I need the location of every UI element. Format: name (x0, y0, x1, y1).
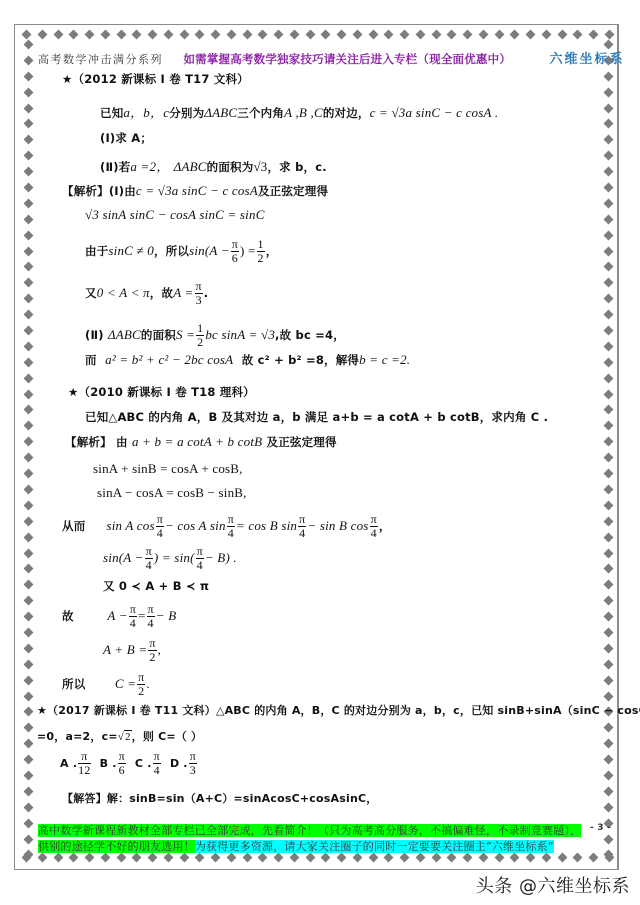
math: sin(A − (103, 550, 144, 565)
text: =0，a=2，c= (37, 730, 118, 743)
math: √3 (253, 159, 267, 174)
fraction: π6 (118, 750, 126, 777)
denominator: 6 (231, 252, 239, 265)
math: = cos B sin (236, 518, 297, 533)
problem2-solution-line2: sinA + sinB = cosA + cosB, (93, 461, 243, 477)
option-d: D .π3 (170, 757, 198, 770)
fraction: 12 (196, 322, 204, 349)
text: (Ⅱ)若 (100, 160, 130, 174)
numerator: π (148, 637, 156, 651)
denominator: 4 (370, 527, 378, 540)
problem1-solution-line1: 【解析】(Ⅰ)由c = √3a sinC − c cosA及正弦定理得 (62, 183, 328, 199)
numerator: π (147, 603, 155, 617)
footer-line1: 高中数学新课程新教材全部专栏已全部完成，先看简介！（只为高考高分服务，不搞偏难怪… (38, 822, 581, 838)
denominator: 2 (196, 336, 204, 349)
math: b = c =2. (359, 352, 410, 367)
option-label: B . (100, 757, 117, 770)
problem2-solution-line9: 所以 C =π2. (62, 671, 150, 698)
radicand: 2 (124, 730, 132, 743)
option-label: C . (135, 757, 152, 770)
problem3-line1: ★（2017 新课标 I 卷 T11 文科）△ABC 的内角 A，B，C 的对边… (37, 702, 640, 718)
problem2-statement: 已知△ABC 的内角 A，B 及其对边 a，b 满足 a+b = a cotA … (85, 409, 548, 425)
text: 的面积 (141, 328, 176, 342)
denominator: 4 (147, 617, 155, 630)
denominator: 6 (118, 764, 126, 777)
text: 从而 (62, 519, 85, 533)
text: 又 (85, 286, 97, 300)
problem1-solution-line4: 又0 < A < π，故A =π3. (85, 280, 208, 307)
denominator: 2 (148, 651, 156, 664)
denominator: 4 (145, 559, 153, 572)
fraction: π2 (148, 637, 156, 664)
numerator: π (78, 750, 90, 764)
numerator: π (227, 513, 235, 527)
text: 所以 (62, 677, 85, 691)
numerator: π (195, 280, 203, 294)
option-c: C .π4 (135, 757, 162, 770)
problem2-solution-line1: 【解析】 由 a + b = a cotA + b cotB 及正弦定理得 (65, 434, 337, 450)
math-equation: c = √3a sinC − c cosA . (370, 105, 499, 120)
footer-follow-text[interactable]: 为获得更多资源，请大家关注圈子的同时一定要要关注圈主“六维坐标系” (195, 840, 554, 853)
text: △ABC 的内角 A，B，C 的对边分别为 a，b，c，已知 sinB+sinA… (216, 704, 640, 717)
math: sinC ≠ 0 (108, 243, 154, 258)
math-vars: a，b，c (123, 105, 169, 120)
problem2-solution-line4: 从而 sin A cosπ4− cos A sinπ4= cos B sinπ4… (62, 513, 391, 540)
text: 而 (85, 353, 97, 367)
option-a: A .π12 (60, 757, 92, 770)
numerator: 1 (196, 322, 204, 336)
fraction: π4 (153, 750, 161, 777)
numerator: 1 (257, 238, 265, 252)
text: ，求 b，c. (267, 160, 326, 174)
fraction: π4 (145, 545, 153, 572)
sqrt: √2 (118, 730, 132, 743)
problem1-solution-line5: (Ⅱ) ΔABC的面积S =12bc sinA = √3,故 bc =4， (85, 322, 345, 349)
math: − B) . (205, 550, 237, 565)
problem1-solution-line3: 由于sinC ≠ 0，所以sin(A −π6) =12， (85, 238, 277, 265)
fraction: π3 (195, 280, 203, 307)
text: ， (379, 519, 391, 533)
fraction: π2 (137, 671, 145, 698)
math: c = √3a sinC − c cosA (136, 183, 258, 198)
fraction: π6 (231, 238, 239, 265)
option-b: B .π6 (100, 757, 127, 770)
math-angles: A ,B ,C (284, 105, 323, 120)
text: 及正弦定理得 (258, 184, 328, 198)
numerator: π (370, 513, 378, 527)
numerator: π (129, 603, 137, 617)
solution-label: 【解析】 (65, 435, 112, 449)
text: 已知 (100, 106, 123, 120)
fraction: π4 (370, 513, 378, 540)
header-brand: 六维坐标系 (549, 52, 624, 67)
problem3-line2: =0，a=2，c=√2，则 C=（ ） (37, 728, 202, 744)
math: A − (107, 608, 127, 623)
fraction: π4 (129, 603, 137, 630)
math: − B (156, 608, 177, 623)
option-label: A . (60, 757, 77, 770)
text: ，则 C=（ ） (132, 730, 203, 743)
math: − sin B cos (307, 518, 368, 533)
problem2-solution-line3: sinA − cosA = cosB − sinB, (97, 485, 247, 501)
math: . (146, 676, 149, 691)
problem2-solution-line7: 故 A −π4=π4− B (62, 603, 176, 630)
footer-recommend-text: 供别的途径学不好的朋友选用！ (38, 840, 195, 853)
math: ΔABC (108, 327, 141, 342)
text: ,故 bc =4， (275, 328, 345, 342)
text: 分别为 (169, 106, 204, 120)
math: ) = sin( (154, 550, 195, 565)
denominator: 4 (196, 559, 204, 572)
math: , (158, 642, 161, 657)
numerator: π (298, 513, 306, 527)
solution-label: 【解析】 (62, 184, 109, 198)
problem1-part2: (Ⅱ)若a =2， ΔABC的面积为√3，求 b，c. (100, 156, 327, 175)
text: 由于 (85, 244, 108, 258)
text: 解：sinB=sin（A+C）=sinAcosC+cosAsinC， (107, 792, 378, 805)
numerator: π (153, 750, 161, 764)
math: a² = b² + c² − 2bc cosA (105, 352, 233, 367)
fraction: π3 (189, 750, 197, 777)
footer-line2: 供别的途径学不好的朋友选用！为获得更多资源，请大家关注圈子的同时一定要要关注圈主… (38, 838, 554, 854)
math-triangle: ΔABC (174, 159, 207, 174)
math: ) = (240, 243, 256, 258)
text: 三个内角 (237, 106, 284, 120)
denominator: 3 (189, 764, 197, 777)
denominator: 4 (298, 527, 306, 540)
problem3-title: ★（2017 新课标 I 卷 T11 文科） (37, 704, 216, 717)
math: = (138, 608, 146, 623)
fraction: π4 (298, 513, 306, 540)
text: (Ⅱ) (85, 328, 104, 342)
math-triangle: ΔABC (204, 105, 237, 120)
page-header: 高考数学冲击满分系列 如需掌握高考数学独家技巧请关注后进入专栏（现全面优惠中） … (38, 48, 625, 67)
numerator: π (189, 750, 197, 764)
denominator: 4 (153, 764, 161, 777)
math: a =2， (130, 159, 169, 174)
numerator: π (196, 545, 204, 559)
problem3-options: A .π12 B .π6 C .π4 D .π3 (60, 750, 198, 777)
problem2-title: ★（2010 新课标 I 卷 T18 理科） (68, 384, 255, 400)
math: A = (173, 285, 193, 300)
denominator: 4 (227, 527, 235, 540)
text: 及正弦定理得 (267, 435, 337, 449)
numerator: π (145, 545, 153, 559)
numerator: π (118, 750, 126, 764)
fraction: 12 (257, 238, 265, 265)
denominator: 4 (156, 527, 164, 540)
problem1-part1: (Ⅰ)求 A； (100, 130, 152, 146)
problem1-solution-line6: 而 a² = b² + c² − 2bc cosA 故 c² + b² =8，解… (85, 352, 410, 368)
problem3-answer: 【解答】解：sinB=sin（A+C）=sinAcosC+cosAsinC， (62, 790, 377, 806)
fraction: π12 (78, 750, 90, 777)
text: 故 c² + b² =8，解得 (242, 353, 359, 367)
denominator: 12 (78, 764, 90, 777)
math: bc sinA = √3 (205, 327, 275, 342)
text: 的对边， (323, 106, 370, 120)
footer-promo-text: 高中数学新课程新教材全部专栏已全部完成，先看简介！（只为高考高分服务，不搞偏难怪… (38, 824, 581, 837)
denominator: 4 (129, 617, 137, 630)
fraction: π4 (156, 513, 164, 540)
problem2-solution-line5: sin(A −π4) = sin(π4− B) . (103, 545, 237, 572)
problem2-solution-line8: A + B =π2, (103, 637, 161, 664)
text: 的面积为 (207, 160, 254, 174)
text: ，故 (150, 286, 173, 300)
option-label: D . (170, 757, 188, 770)
document-page: 高考数学冲击满分系列 如需掌握高考数学独家技巧请关注后进入专栏（现全面优惠中） … (0, 0, 640, 905)
denominator: 3 (195, 294, 203, 307)
math: A + B = (103, 642, 147, 657)
numerator: π (137, 671, 145, 685)
fraction: π4 (196, 545, 204, 572)
header-series-title: 高考数学冲击满分系列 (38, 53, 163, 66)
problem1-solution-line2: √3 sinA sinC − cosA sinC = sinC (85, 207, 265, 223)
math: sin A cos (106, 518, 154, 533)
text: (Ⅰ)由 (109, 184, 136, 198)
answer-label: 【解答】 (62, 792, 107, 805)
math: a + b = a cotA + b cotB (132, 434, 262, 449)
text: 故 (62, 609, 74, 623)
math: C = (115, 676, 136, 691)
problem1-statement: 已知a，b，c分别为ΔABC三个内角A ,B ,C的对边，c = √3a sin… (100, 102, 498, 121)
problem2-solution-line6: 又 0 ≺ A + B ≺ π (103, 578, 209, 594)
math: sin(A − (189, 243, 230, 258)
denominator: 2 (137, 685, 145, 698)
watermark: 头条 @六维坐标系 (476, 872, 630, 898)
page-number: - 3 - (590, 823, 611, 833)
header-promo-link[interactable]: 如需掌握高考数学独家技巧请关注后进入专栏（现全面优惠中） (183, 52, 511, 66)
text: 由 (116, 435, 128, 449)
fraction: π4 (147, 603, 155, 630)
math: 0 < A < π (97, 285, 150, 300)
math: − cos A sin (165, 518, 226, 533)
problem1-title: ★（2012 新课标 I 卷 T17 文科） (62, 71, 249, 87)
fraction: π4 (227, 513, 235, 540)
denominator: 2 (257, 252, 265, 265)
text: ，所以 (154, 244, 189, 258)
numerator: π (231, 238, 239, 252)
math: S = (176, 327, 195, 342)
numerator: π (156, 513, 164, 527)
